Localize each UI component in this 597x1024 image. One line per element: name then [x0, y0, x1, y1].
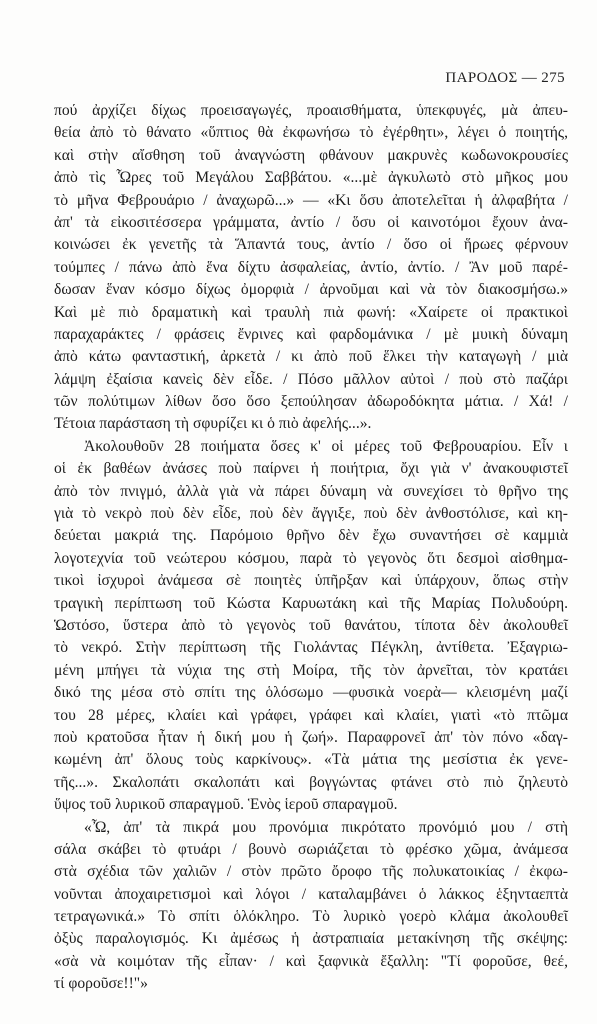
text-line: κωμένη ἀπ' ὅλους τοὺς καρκίνους». «Τὰ μά…	[54, 749, 568, 771]
text-line: λάμψη ἐξαίσια κανεὶς δὲν εἶδε. / Πόσο μᾶ…	[54, 369, 568, 391]
text-line: ἀπ' τὰ εἰκοσιτέσσερα γράμματα, ἀντίο / ὅ…	[54, 212, 568, 234]
text-line: δικό της μέσα στὸ σπίτι της ὁλόσωμο —φυσ…	[54, 682, 568, 704]
paragraph-1: πού ἀρχίζει δίχως προεισαγωγές, προαισθή…	[54, 100, 568, 436]
text-line: τὸ μῆνα Φεβρουάριο / ἀναχωρῶ...» — «Κι ὅ…	[54, 190, 568, 212]
text-line: «σὰ νὰ κοιμόταν τῆς εἶπαν· / καὶ ξαφνικὰ…	[54, 951, 568, 973]
text-line: δεύεται μακριά της. Παρόμοιο θρῆνο δὲν ἔ…	[54, 525, 568, 547]
text-line: ὕψος τοῦ λυρικοῦ σπαραγμοῦ. Ἑνὸς ἱεροῦ σ…	[54, 794, 568, 816]
text-line: μένη μπήγει τὰ νύχια της στὴ Μοίρα, τῆς …	[54, 660, 568, 682]
text-line: τραγικὴ περίπτωση τοῦ Κώστα Καρυωτάκη κα…	[54, 593, 568, 615]
running-head: ΠΑΡΟΔΟΣ — 275	[445, 70, 565, 87]
text-line: ποὺ κρατοῦσα ἦταν ἡ δική μου ἡ ζωή». Παρ…	[54, 727, 568, 749]
text-line: Ὡστόσο, ὕστερα ἀπὸ τὸ γεγονὸς τοῦ θανάτο…	[54, 615, 568, 637]
paragraph-2: Ἀκολουθοῦν 28 ποιήματα ὅσες κ' οἱ μέρες …	[54, 436, 568, 817]
text-line: ἀπὸ κάτω φανταστική, ἀρκετὰ / κι ἀπὸ ποῦ…	[54, 346, 568, 368]
text-line: «Ὦ, ἀπ' τὰ πικρά μου προνόμια πικρότατο …	[54, 817, 568, 839]
text-line: οἱ ἐκ βαθέων ἀνάσες ποὺ παίρνει ἡ ποιήτρ…	[54, 458, 568, 480]
body-text: πού ἀρχίζει δίχως προεισαγωγές, προαισθή…	[54, 100, 568, 996]
text-line: τούμπες / πάνω ἀπὸ ἕνα δίχτυ ἀσφαλείας, …	[54, 257, 568, 279]
text-line: Τέτοια παράσταση τὴ σφυρίζει κι ὁ πιὸ ἀφ…	[54, 413, 568, 435]
text-line: καὶ στὴν αἴσθηση τοῦ ἀναγνώστη φθάνουν μ…	[54, 145, 568, 167]
text-line: νοῦνται ἀποχαιρετισμοὶ καὶ λόγοι / καταλ…	[54, 884, 568, 906]
text-line: του 28 μέρες, κλαίει καὶ γράφει, γράφει …	[54, 705, 568, 727]
text-line: τῆς...». Σκαλοπάτι σκαλοπάτι καὶ βογγώντ…	[54, 772, 568, 794]
text-line: παραχαράκτες / φράσεις ἔνρινες καὶ φαρδο…	[54, 324, 568, 346]
text-line: σάλα σκάβει τὸ φτυάρι / βουνὸ σωριάζεται…	[54, 839, 568, 861]
paragraph-3: «Ὦ, ἀπ' τὰ πικρά μου προνόμια πικρότατο …	[54, 817, 568, 996]
text-line: Ἀκολουθοῦν 28 ποιήματα ὅσες κ' οἱ μέρες …	[54, 436, 568, 458]
text-line: τῶν πολύτιμων λίθων ὅσο ὅσο ξεπούλησαν ἀ…	[54, 391, 568, 413]
book-page: ΠΑΡΟΔΟΣ — 275 πού ἀρχίζει δίχως προεισαγ…	[0, 0, 597, 1024]
text-line: ἀπὸ τὶς Ὧρες τοῦ Μεγάλου Σαββάτου. «...μ…	[54, 167, 568, 189]
text-line: γιὰ τὸ νεκρὸ ποὺ δὲν εἶδε, ποὺ δὲν ἄγγιξ…	[54, 503, 568, 525]
text-line: ὀξὺς παραλογισμός. Κι ἀμέσως ἡ ἀστραπιαί…	[54, 928, 568, 950]
text-line: τὸ νεκρό. Στὴν περίπτωση τῆς Γιολάντας Π…	[54, 637, 568, 659]
text-line: θεία ἀπὸ τὸ θάνατο «ὕπτιος θὰ ἐκφωνήσω τ…	[54, 122, 568, 144]
text-line: τί φοροῦσε!!"»	[54, 973, 568, 995]
text-line: πού ἀρχίζει δίχως προεισαγωγές, προαισθή…	[54, 100, 568, 122]
text-line: στὰ σχέδια τῶν χαλιῶν / στὸν πρῶτο ὄροφο…	[54, 861, 568, 883]
text-line: Καὶ μὲ πιὸ δραματικὴ καὶ τραυλὴ πιὰ φωνή…	[54, 302, 568, 324]
text-line: τετραγωνικά.» Τὸ σπίτι ὁλόκληρο. Τὸ λυρι…	[54, 906, 568, 928]
text-line: λογοτεχνία τοῦ νεώτερου κόσμου, παρὰ τὸ …	[54, 548, 568, 570]
text-line: ἀπὸ τὸν πνιγμό, ἀλλὰ γιὰ νὰ πάρει δύναμη…	[54, 481, 568, 503]
text-line: τικοὶ ἰσχυροὶ ἀνάμεσα σὲ ποιητὲς ὑπῆρξαν…	[54, 570, 568, 592]
text-line: κοινώσει ἐκ γενετῆς τὰ Ἅπαντά τους, ἀντί…	[54, 234, 568, 256]
text-line: δωσαν ἕναν κόσμο δίχως ὀμορφιὰ / ἀρνοῦμα…	[54, 279, 568, 301]
